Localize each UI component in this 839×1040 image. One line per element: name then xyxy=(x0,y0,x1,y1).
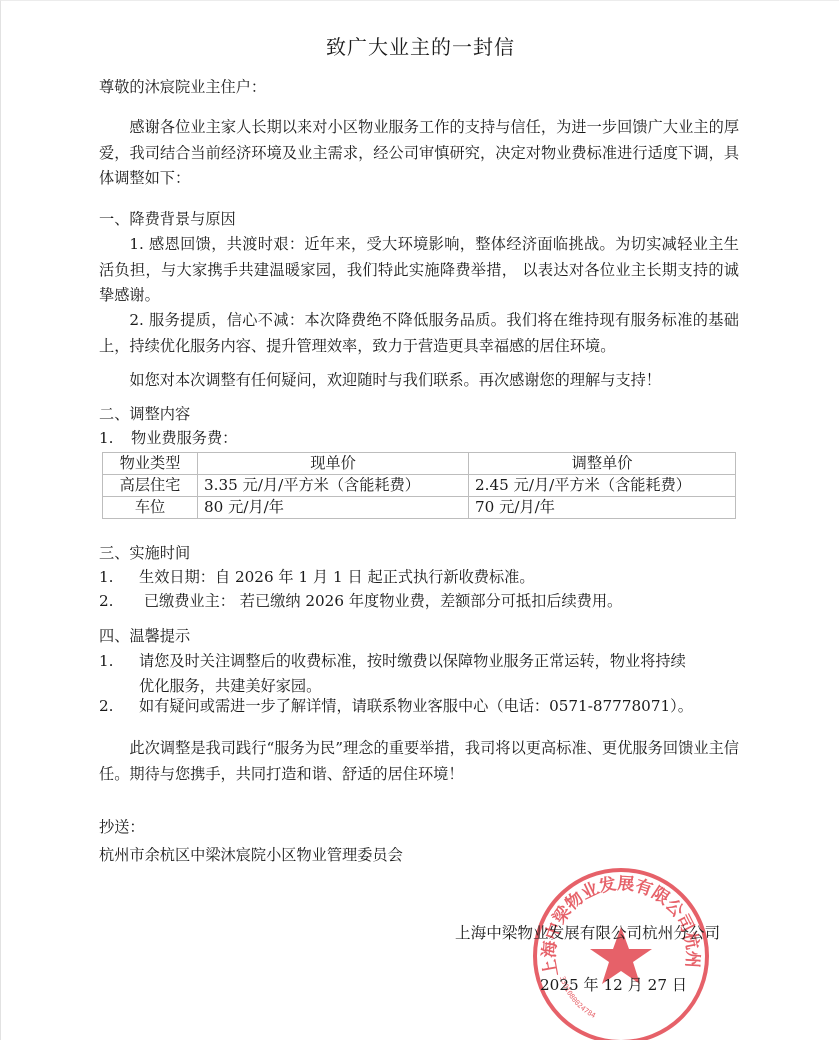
cell-current-price: 3.35 元/月/平方米（含能耗费） xyxy=(198,475,469,497)
header-current-price: 现单价 xyxy=(198,453,469,475)
section2-sub-label: 物业费服务费： xyxy=(131,426,237,451)
closing-paragraph: 此次调整是我司践行“服务为民”理念的重要举措，我司将以更高标准、更优服务回馈业主… xyxy=(99,736,739,787)
section4-item1: 1.请您及时关注调整后的收费标准，按时缴费以保障物业服务正常运转，物业将持续 优… xyxy=(99,649,739,699)
item-text-line1: 请您及时关注调整后的收费标准，按时缴费以保障物业服务正常运转，物业将持续 xyxy=(139,652,686,670)
section1-contact: 如您对本次调整有任何疑问，欢迎随时与我们联系。再次感谢您的理解与支持！ xyxy=(99,368,739,394)
cell-adjusted-price: 2.45 元/月/平方米（含能耗费） xyxy=(469,475,736,497)
letter-title: 致广大业主的一封信 xyxy=(1,31,839,60)
section4-heading: 四、温馨提示 xyxy=(99,624,190,649)
section1-item2: 2. 服务提质，信心不减：本次降费绝不降低服务品质。我们将在维持现有服务标准的基… xyxy=(99,308,739,359)
item-text: 如有疑问或需进一步了解详情，请联系物业客服中心（电话：0571-87778071… xyxy=(139,697,693,715)
intro-paragraph: 感谢各位业主家人长期以来对小区物业服务工作的支持与信任，为进一步回馈广大业主的厚… xyxy=(99,115,739,192)
cc-recipient: 杭州市余杭区中梁沐宸院小区物业管理委员会 xyxy=(99,843,403,868)
table-row: 车位 80 元/月/年 70 元/月/年 xyxy=(103,497,736,519)
item-number: 1. xyxy=(99,649,139,674)
item-text: 已缴费业主： 若已缴纳 2026 年度物业费，差额部分可抵扣后续费用。 xyxy=(139,592,622,610)
section3-item2: 2. 已缴费业主： 若已缴纳 2026 年度物业费，差额部分可抵扣后续费用。 xyxy=(99,589,739,614)
section2-sub-number: 1. xyxy=(99,426,114,451)
header-adjusted-price: 调整单价 xyxy=(469,453,736,475)
letter-page: 致广大业主的一封信 尊敬的沐宸院业主住户： 感谢各位业主家人长期以来对小区物业服… xyxy=(0,0,839,1040)
section1-heading: 一、降费背景与原因 xyxy=(99,207,236,232)
cell-type: 高层住宅 xyxy=(103,475,198,497)
item-text: 生效日期：自 2026 年 1 月 1 日 起正式执行新收费标准。 xyxy=(139,568,535,586)
salutation: 尊敬的沐宸院业主住户： xyxy=(99,75,266,100)
item-number: 2. xyxy=(99,589,139,614)
item-number: 1. xyxy=(99,565,139,590)
cell-adjusted-price: 70 元/月/年 xyxy=(469,497,736,519)
section3-heading: 三、实施时间 xyxy=(99,541,190,566)
header-property-type: 物业类型 xyxy=(103,453,198,475)
fee-table-header-row: 物业类型 现单价 调整单价 xyxy=(103,453,736,475)
table-row: 高层住宅 3.35 元/月/平方米（含能耗费） 2.45 元/月/平方米（含能耗… xyxy=(103,475,736,497)
cell-current-price: 80 元/月/年 xyxy=(198,497,469,519)
official-seal-icon: 上海中梁物业发展有限公司杭州分公司 3301080024784 xyxy=(530,865,712,1040)
item-number: 2. xyxy=(99,694,139,719)
cc-label: 抄送： xyxy=(99,815,145,840)
section4-item2: 2.如有疑问或需进一步了解详情，请联系物业客服中心（电话：0571-877780… xyxy=(99,694,739,719)
section3-item1: 1.生效日期：自 2026 年 1 月 1 日 起正式执行新收费标准。 xyxy=(99,565,739,590)
section2-heading: 二、调整内容 xyxy=(99,402,190,427)
cell-type: 车位 xyxy=(103,497,198,519)
section1-item1: 1. 感恩回馈，共渡时艰：近年来，受大环境影响，整体经济面临挑战。为切实减轻业主… xyxy=(99,232,739,309)
fee-table: 物业类型 现单价 调整单价 高层住宅 3.35 元/月/平方米（含能耗费） 2.… xyxy=(102,452,736,519)
signature-company: 上海中梁物业发展有限公司杭州分公司 xyxy=(455,921,720,946)
signature-date: 2025 年 12 月 27 日 xyxy=(540,973,687,998)
